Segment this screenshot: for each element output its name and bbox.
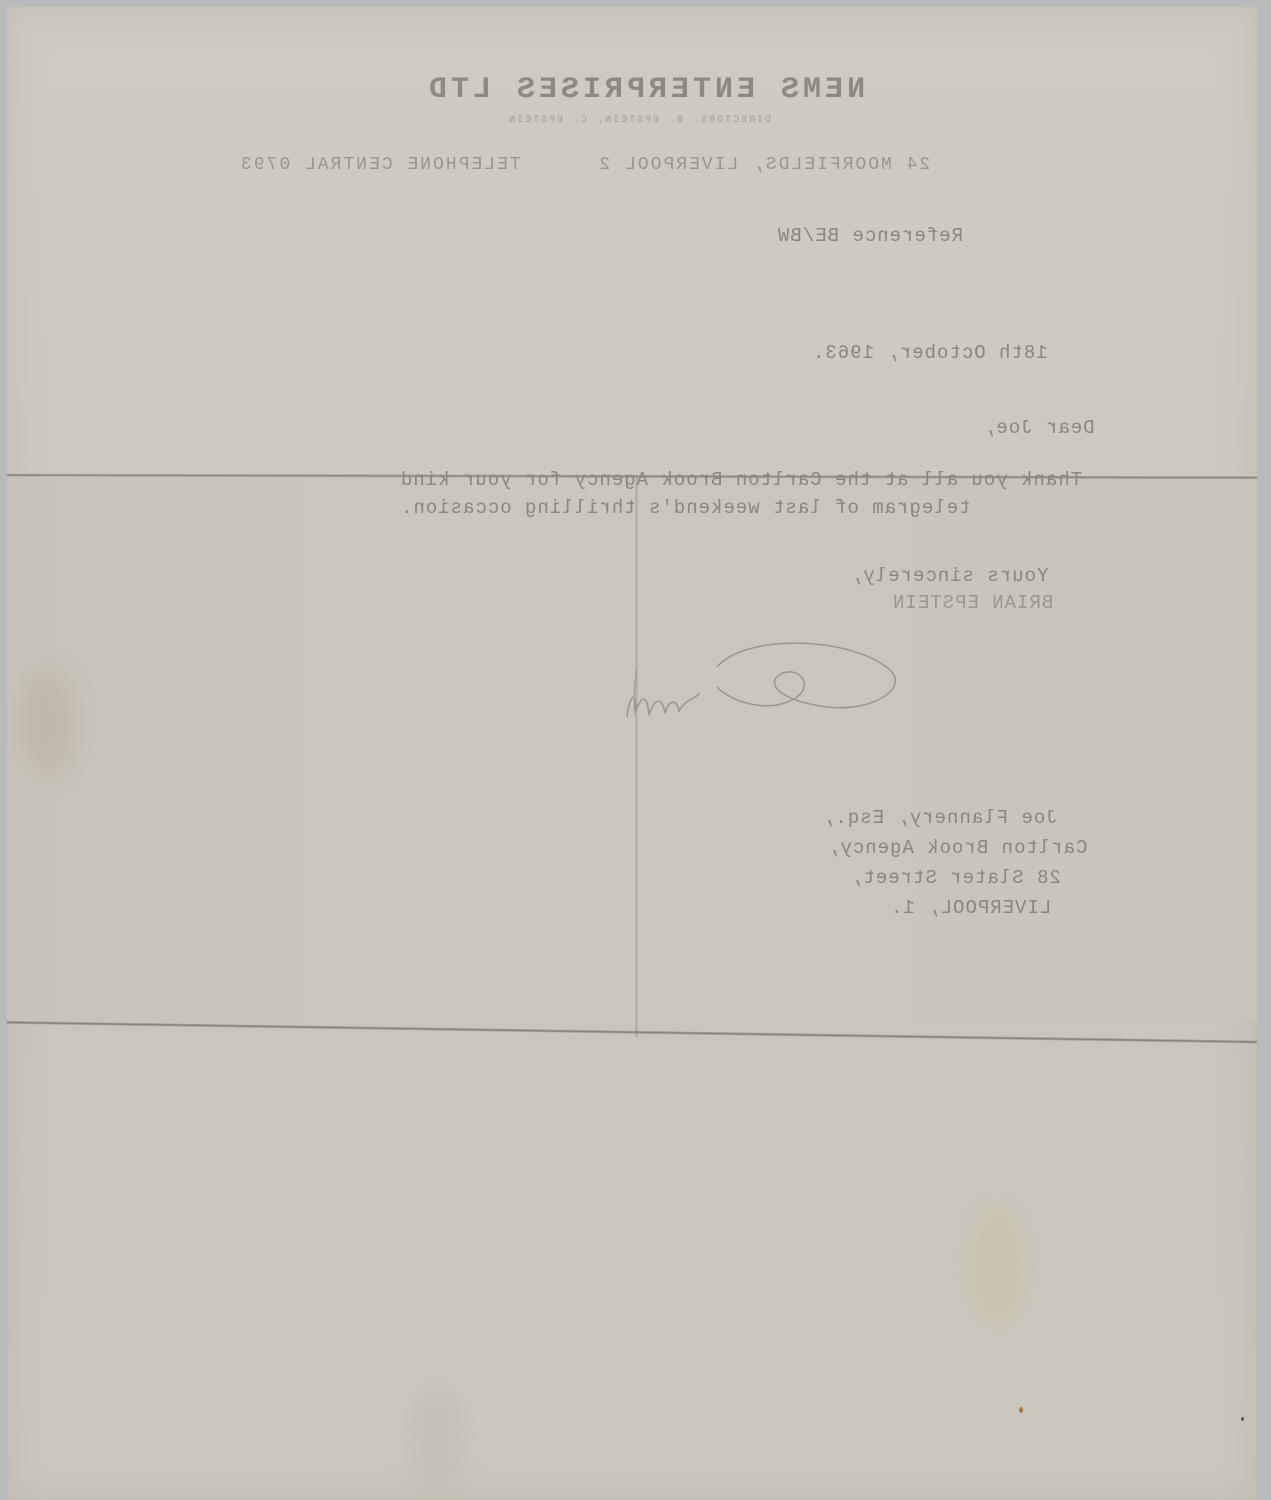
vertical-fold-crease (635, 477, 638, 1037)
letterhead-tagline: DIRECTORS: B. EPSTEIN, C. EPSTEIN (507, 115, 771, 126)
body-line-1: Thank you all at the Carlton Brook Agenc… (400, 469, 1082, 491)
recipient-line-2: Carlton Brook Agency, (827, 837, 1087, 859)
recipient-line-1: Joe Flannery, Esq., (822, 807, 1058, 829)
closing: Yours sincerely, (850, 565, 1048, 587)
reference-line: Reference BE/BW (777, 225, 963, 247)
recipient-line-3: 28 Slater Street, (850, 867, 1061, 889)
signature (607, 627, 917, 737)
paper-stain (17, 667, 77, 777)
letter-date: 18th October, 1963. (812, 342, 1048, 364)
recipient-line-4: LIVERPOOL, 1. (890, 897, 1051, 919)
lower-fold-crease (7, 1021, 1257, 1044)
paper-speck (1241, 1417, 1244, 1421)
middle-fold-panel (7, 477, 1257, 1022)
letter-paper: NEMS ENTERPRISES LTD DIRECTORS: B. EPSTE… (7, 7, 1257, 1500)
sender-name: BRIAN EPSTEIN (892, 592, 1053, 614)
paper-stain (967, 1207, 1027, 1327)
letterhead-company: NEMS ENTERPRISES LTD (425, 73, 865, 107)
letterhead-address: 24 MOORFIELDS, LIVERPOOL 2 TELEPHONE CEN… (239, 155, 930, 175)
body-line-2: telegram of last weekend's thrilling occ… (400, 497, 971, 519)
paper-stain (407, 1387, 467, 1487)
paper-speck (1019, 1407, 1023, 1413)
salutation: Dear Joe, (983, 417, 1095, 439)
